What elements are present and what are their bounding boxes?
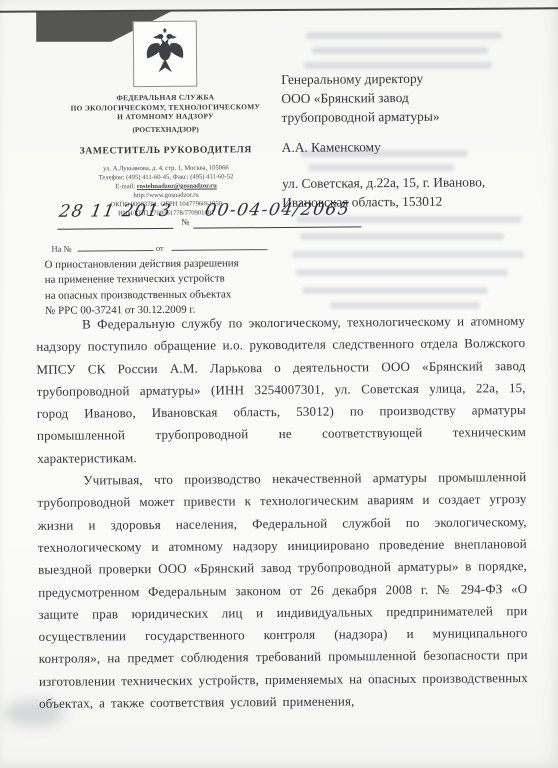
agency-short-name: (РОСТЕХНАДЗОР) <box>57 124 275 135</box>
handwritten-date: 28 11 2013 <box>57 201 173 222</box>
double-headed-eagle-icon <box>144 25 186 79</box>
number-sign: № <box>181 217 189 227</box>
incoming-reference-row: На № от <box>51 240 341 254</box>
email-label: E-mail: <box>115 183 135 190</box>
body-paragraph-1: В Федеральную службу по экологическому, … <box>36 310 526 470</box>
outgoing-number-field: 00-04-04/2065 <box>193 199 361 228</box>
outgoing-reference-row: 28 11 2013 № 00-04-04/2065 <box>57 199 357 235</box>
scanned-letter-page: ФЕДЕРАЛЬНАЯ СЛУЖБА ПО ЭКОЛОГИЧЕСКОМУ, ТЕ… <box>0 0 558 768</box>
addressee-address-line1: ул. Советская, д.22а, 15, г. Иваново, <box>282 172 527 193</box>
subject-block: О приостановлении действия разрешения на… <box>45 256 307 320</box>
letterhead: ФЕДЕРАЛЬНАЯ СЛУЖБА ПО ЭКОЛОГИЧЕСКОМУ, ТЕ… <box>56 20 276 218</box>
handwritten-number: 00-04-04/2065 <box>203 199 351 220</box>
outgoing-date-field: 28 11 2013 <box>57 201 173 230</box>
incoming-number-blank <box>78 241 154 252</box>
email-address: rostehnadzor@gosnadzor.ru <box>137 182 217 190</box>
incoming-date-blank <box>172 240 268 251</box>
addressee-org-line1: ООО «Брянский завод <box>281 87 526 108</box>
addressee-org-line2: трубопроводной арматуры» <box>281 106 526 127</box>
addressee-position: Генеральному директору <box>281 68 526 89</box>
body-paragraph-2: Учитывая, что производство некачественно… <box>37 466 528 715</box>
agency-name-line3: И АТОМНОМУ НАДЗОРУ <box>56 111 274 122</box>
official-title: ЗАМЕСТИТЕЛЬ РУКОВОДИТЕЛЯ <box>57 144 275 157</box>
letter-body: В Федеральную службу по экологическому, … <box>36 310 528 715</box>
na-label: На № <box>51 244 71 254</box>
addressee-person: А.А. Каменскому <box>282 136 527 157</box>
letter-content: ФЕДЕРАЛЬНАЯ СЛУЖБА ПО ЭКОЛОГИЧЕСКОМУ, ТЕ… <box>0 0 558 768</box>
spacer <box>282 155 527 174</box>
coat-of-arms-box <box>133 21 198 88</box>
ot-label: от <box>156 243 164 253</box>
addressee-block: Генеральному директору ООО «Брянский зав… <box>281 68 527 212</box>
